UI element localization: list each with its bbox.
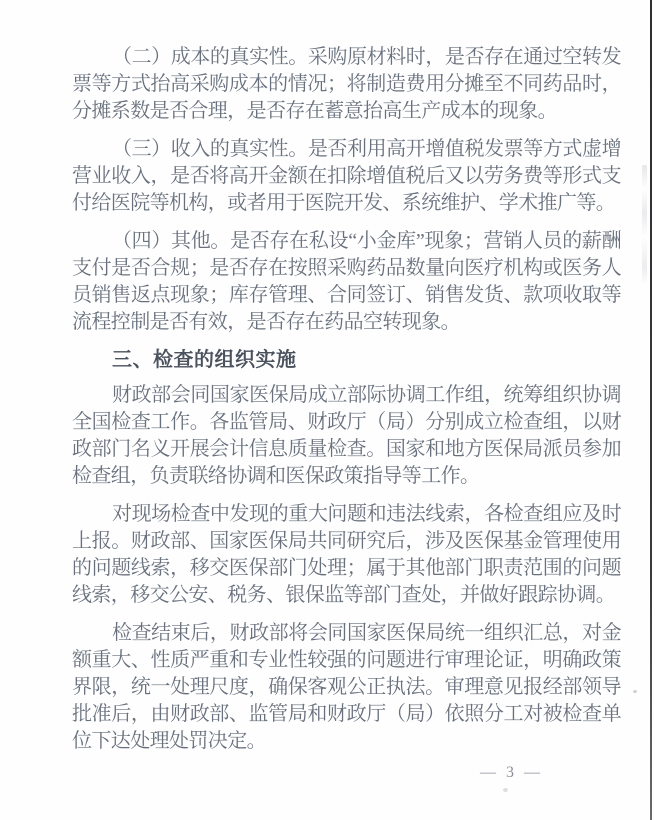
paragraph-work-group: 财政部会同国家医保局成立部际协调工作组，统筹组织协调全国检查工作。各监管局、财政… bbox=[72, 382, 621, 490]
scan-smudge-artifact bbox=[642, 165, 647, 285]
paragraph-onsite-inspection: 对现场检查中发现的重大问题和违法线索，各检查组应及时上报。财政部、国家医保局共同… bbox=[72, 501, 621, 609]
page-number: — 3 — bbox=[480, 764, 543, 782]
paragraph-post-inspection: 检查结束后，财政部将会同国家医保局统一组织汇总，对金额重大、性质严重和专业性较强… bbox=[72, 620, 621, 755]
scan-speck-artifact bbox=[633, 690, 637, 693]
section-heading-organization: 三、检查的组织实施 bbox=[72, 347, 621, 374]
scan-edge-line bbox=[650, 0, 652, 820]
paragraph-revenue-authenticity: （三）收入的真实性。是否利用高开增值税发票等方式虚增营业收入，是否将高开金额在扣… bbox=[72, 136, 621, 217]
document-body: （二）成本的真实性。采购原材料时，是否存在通过空转发票等方式抬高采购成本的情况；… bbox=[72, 44, 621, 766]
scanned-document-page: （二）成本的真实性。采购原材料时，是否存在通过空转发票等方式抬高采购成本的情况；… bbox=[0, 0, 655, 820]
paragraph-other-issues: （四）其他。是否存在私设“小金库”现象；营销人员的薪酬支付是否合规；是否存在按照… bbox=[72, 228, 621, 336]
scan-speck-artifact bbox=[503, 788, 508, 792]
paragraph-cost-authenticity: （二）成本的真实性。采购原材料时，是否存在通过空转发票等方式抬高采购成本的情况；… bbox=[72, 44, 621, 125]
